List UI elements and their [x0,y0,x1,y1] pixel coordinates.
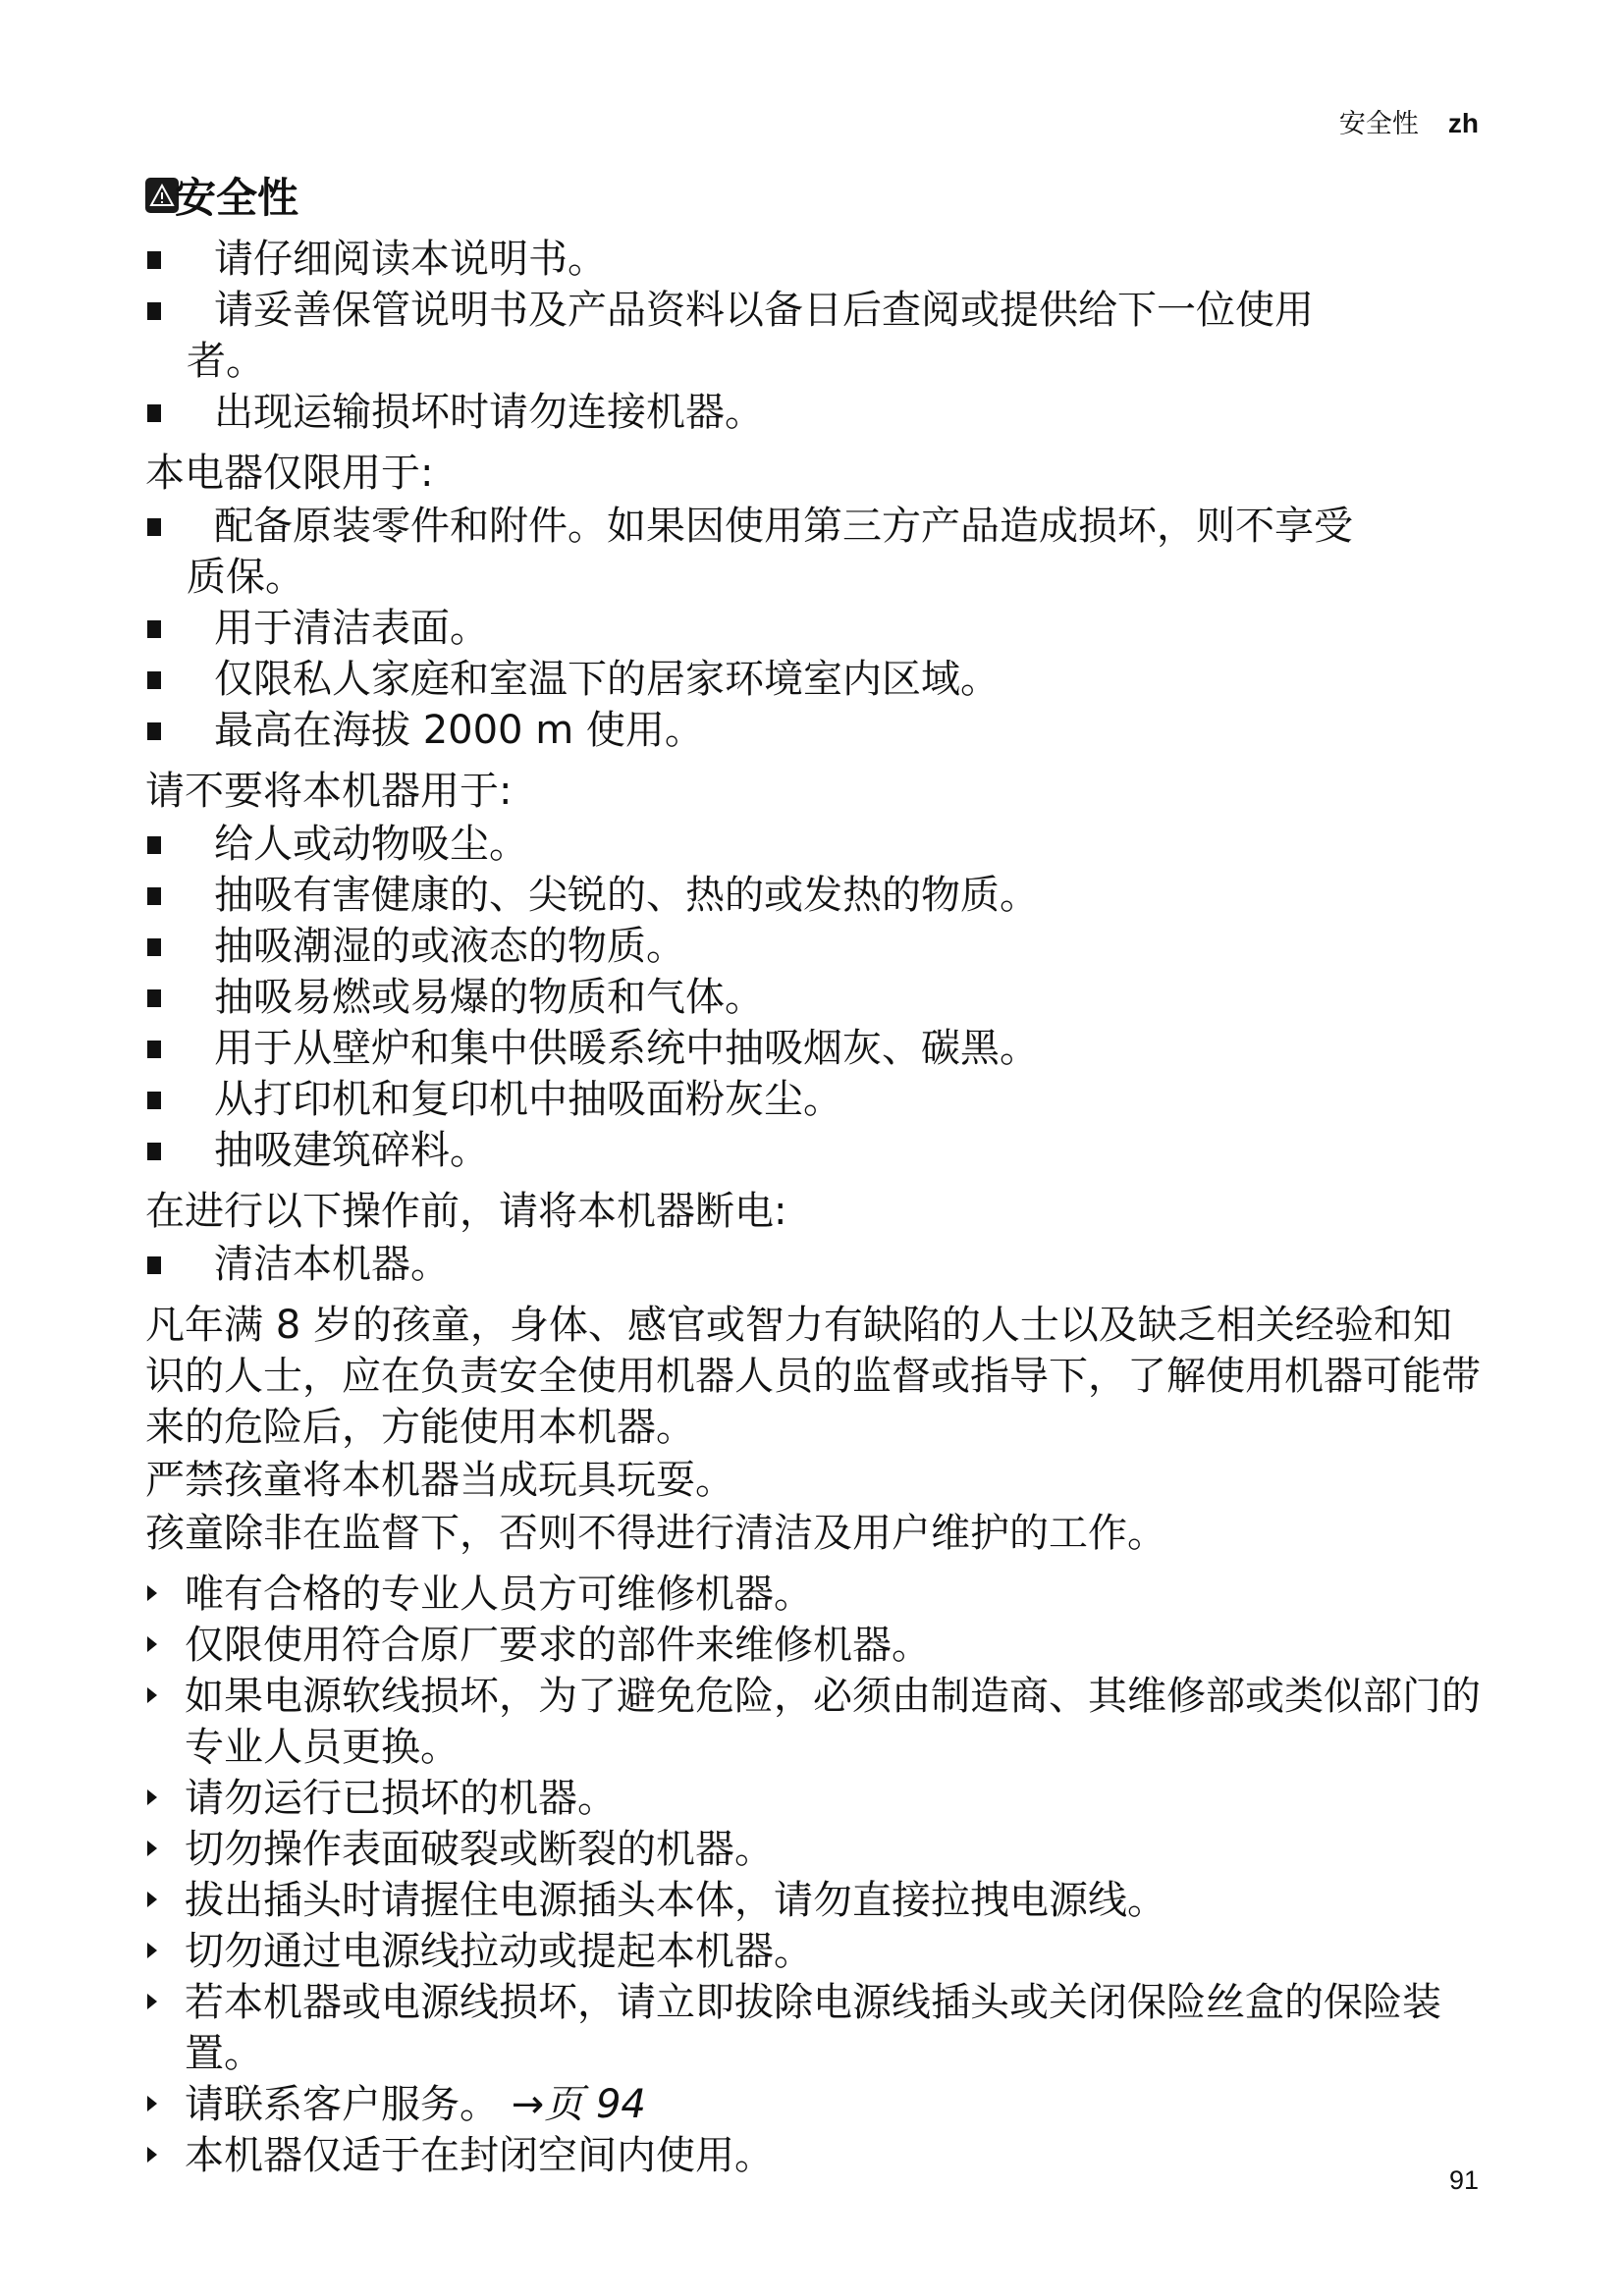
triangle-bullet-icon [147,1687,157,1703]
square-bullet-icon [147,989,161,1007]
children-play-paragraph: 严禁孩童将本机器当成玩具玩耍。 [145,1455,1490,1506]
list-item: 最高在海拔 2000 m 使用。 [145,705,1490,756]
square-bullet-icon [147,887,161,905]
instruction-item: 切勿通过电源线拉动或提起本机器。 [145,1926,1490,1977]
prohibited-use-list: 给人或动物吸尘。 抽吸有害健康的、尖锐的、热的或发热的物质。 抽吸潮湿的或液态的… [145,819,1490,1176]
triangle-bullet-icon [147,2147,157,2163]
running-header: 安全性 zh [1339,102,1479,140]
list-item: 抽吸有害健康的、尖锐的、热的或发热的物质。 [145,870,1490,921]
children-cleaning-paragraph: 孩童除非在监督下，否则不得进行清洁及用户维护的工作。 [145,1508,1490,1559]
square-bullet-icon [147,251,161,269]
triangle-bullet-icon [147,1789,157,1805]
triangle-bullet-icon [147,1943,157,1958]
square-bullet-icon [147,1092,161,1109]
square-bullet-icon [147,1041,161,1058]
triangle-bullet-icon [147,1636,157,1652]
intended-use-list: 配备原装零件和附件。如果因使用第三方产品造成损坏，则不享受质保。 用于清洁表面。… [145,501,1490,756]
square-bullet-icon [147,938,161,956]
triangle-bullet-icon [147,1841,157,1856]
list-item: 请仔细阅读本说明书。 [145,234,1490,285]
list-item: 用于清洁表面。 [145,603,1490,654]
page-content: 安全性 请仔细阅读本说明书。 请妥善保管说明书及产品资料以备日后查阅或提供给下一… [145,165,1490,2181]
square-bullet-icon [147,671,161,689]
page-cross-reference-link[interactable]: →页 94 [512,2082,646,2127]
square-bullet-icon [147,722,161,740]
header-language: zh [1448,108,1479,139]
triangle-bullet-icon [147,1994,157,2009]
list-item: 抽吸潮湿的或液态的物质。 [145,921,1490,972]
list-item: 配备原装零件和附件。如果因使用第三方产品造成损坏，则不享受质保。 [145,501,1490,603]
instructions-list: 唯有合格的专业人员方可维修机器。 仅限使用符合原厂要求的部件来维修机器。 如果电… [145,1569,1490,2181]
prohibited-use-lead: 请不要将本机器用于: [145,766,1490,817]
instruction-item: 本机器仅适于在封闭空间内使用。 [145,2130,1490,2181]
page-title: 安全性 [175,166,298,225]
square-bullet-icon [147,1256,161,1274]
list-item: 仅限私人家庭和室温下的居家环境室内区域。 [145,654,1490,705]
intended-use-lead: 本电器仅限用于: [145,448,1490,499]
warning-icon [145,178,179,213]
disconnect-lead: 在进行以下操作前，请将本机器断电: [145,1186,1490,1237]
list-item: 抽吸建筑碎料。 [145,1125,1490,1176]
instruction-item: 仅限使用符合原厂要求的部件来维修机器。 [145,1620,1490,1671]
instruction-item: 请勿运行已损坏的机器。 [145,1773,1490,1824]
list-item: 给人或动物吸尘。 [145,819,1490,870]
instruction-item: 如果电源软线损坏，为了避免危险，必须由制造商、其维修部或类似部门的专业人员更换。 [145,1671,1490,1773]
triangle-bullet-icon [147,1585,157,1601]
header-section: 安全性 [1339,102,1419,140]
triangle-bullet-icon [147,1892,157,1907]
square-bullet-icon [147,404,161,422]
list-item: 用于从壁炉和集中供暖系统中抽吸烟灰、碳黑。 [145,1023,1490,1074]
children-paragraph: 凡年满 8 岁的孩童，身体、感官或智力有缺陷的人士以及缺乏相关经验和知识的人士，… [145,1300,1490,1453]
instruction-item: 请联系客户服务。 →页 94 [145,2079,1490,2130]
triangle-bullet-icon [147,2096,157,2111]
section-heading: 安全性 [145,165,1490,226]
list-item: 清洁本机器。 [145,1239,1490,1290]
page-number: 91 [1449,2165,1479,2196]
instruction-item: 若本机器或电源线损坏，请立即拔除电源线插头或关闭保险丝盒的保险装置。 [145,1977,1490,2079]
intro-list: 请仔细阅读本说明书。 请妥善保管说明书及产品资料以备日后查阅或提供给下一位使用者… [145,234,1490,438]
square-bullet-icon [147,518,161,536]
list-item: 出现运输损坏时请勿连接机器。 [145,387,1490,438]
instruction-item: 唯有合格的专业人员方可维修机器。 [145,1569,1490,1620]
list-item: 抽吸易燃或易爆的物质和气体。 [145,972,1490,1023]
square-bullet-icon [147,302,161,320]
list-item: 从打印机和复印机中抽吸面粉灰尘。 [145,1074,1490,1125]
square-bullet-icon [147,620,161,638]
list-item: 请妥善保管说明书及产品资料以备日后查阅或提供给下一位使用者。 [145,285,1490,387]
square-bullet-icon [147,1143,161,1160]
square-bullet-icon [147,836,161,854]
instruction-item: 切勿操作表面破裂或断裂的机器。 [145,1824,1490,1875]
instruction-item: 拔出插头时请握住电源插头本体，请勿直接拉拽电源线。 [145,1875,1490,1926]
disconnect-list: 清洁本机器。 [145,1239,1490,1290]
